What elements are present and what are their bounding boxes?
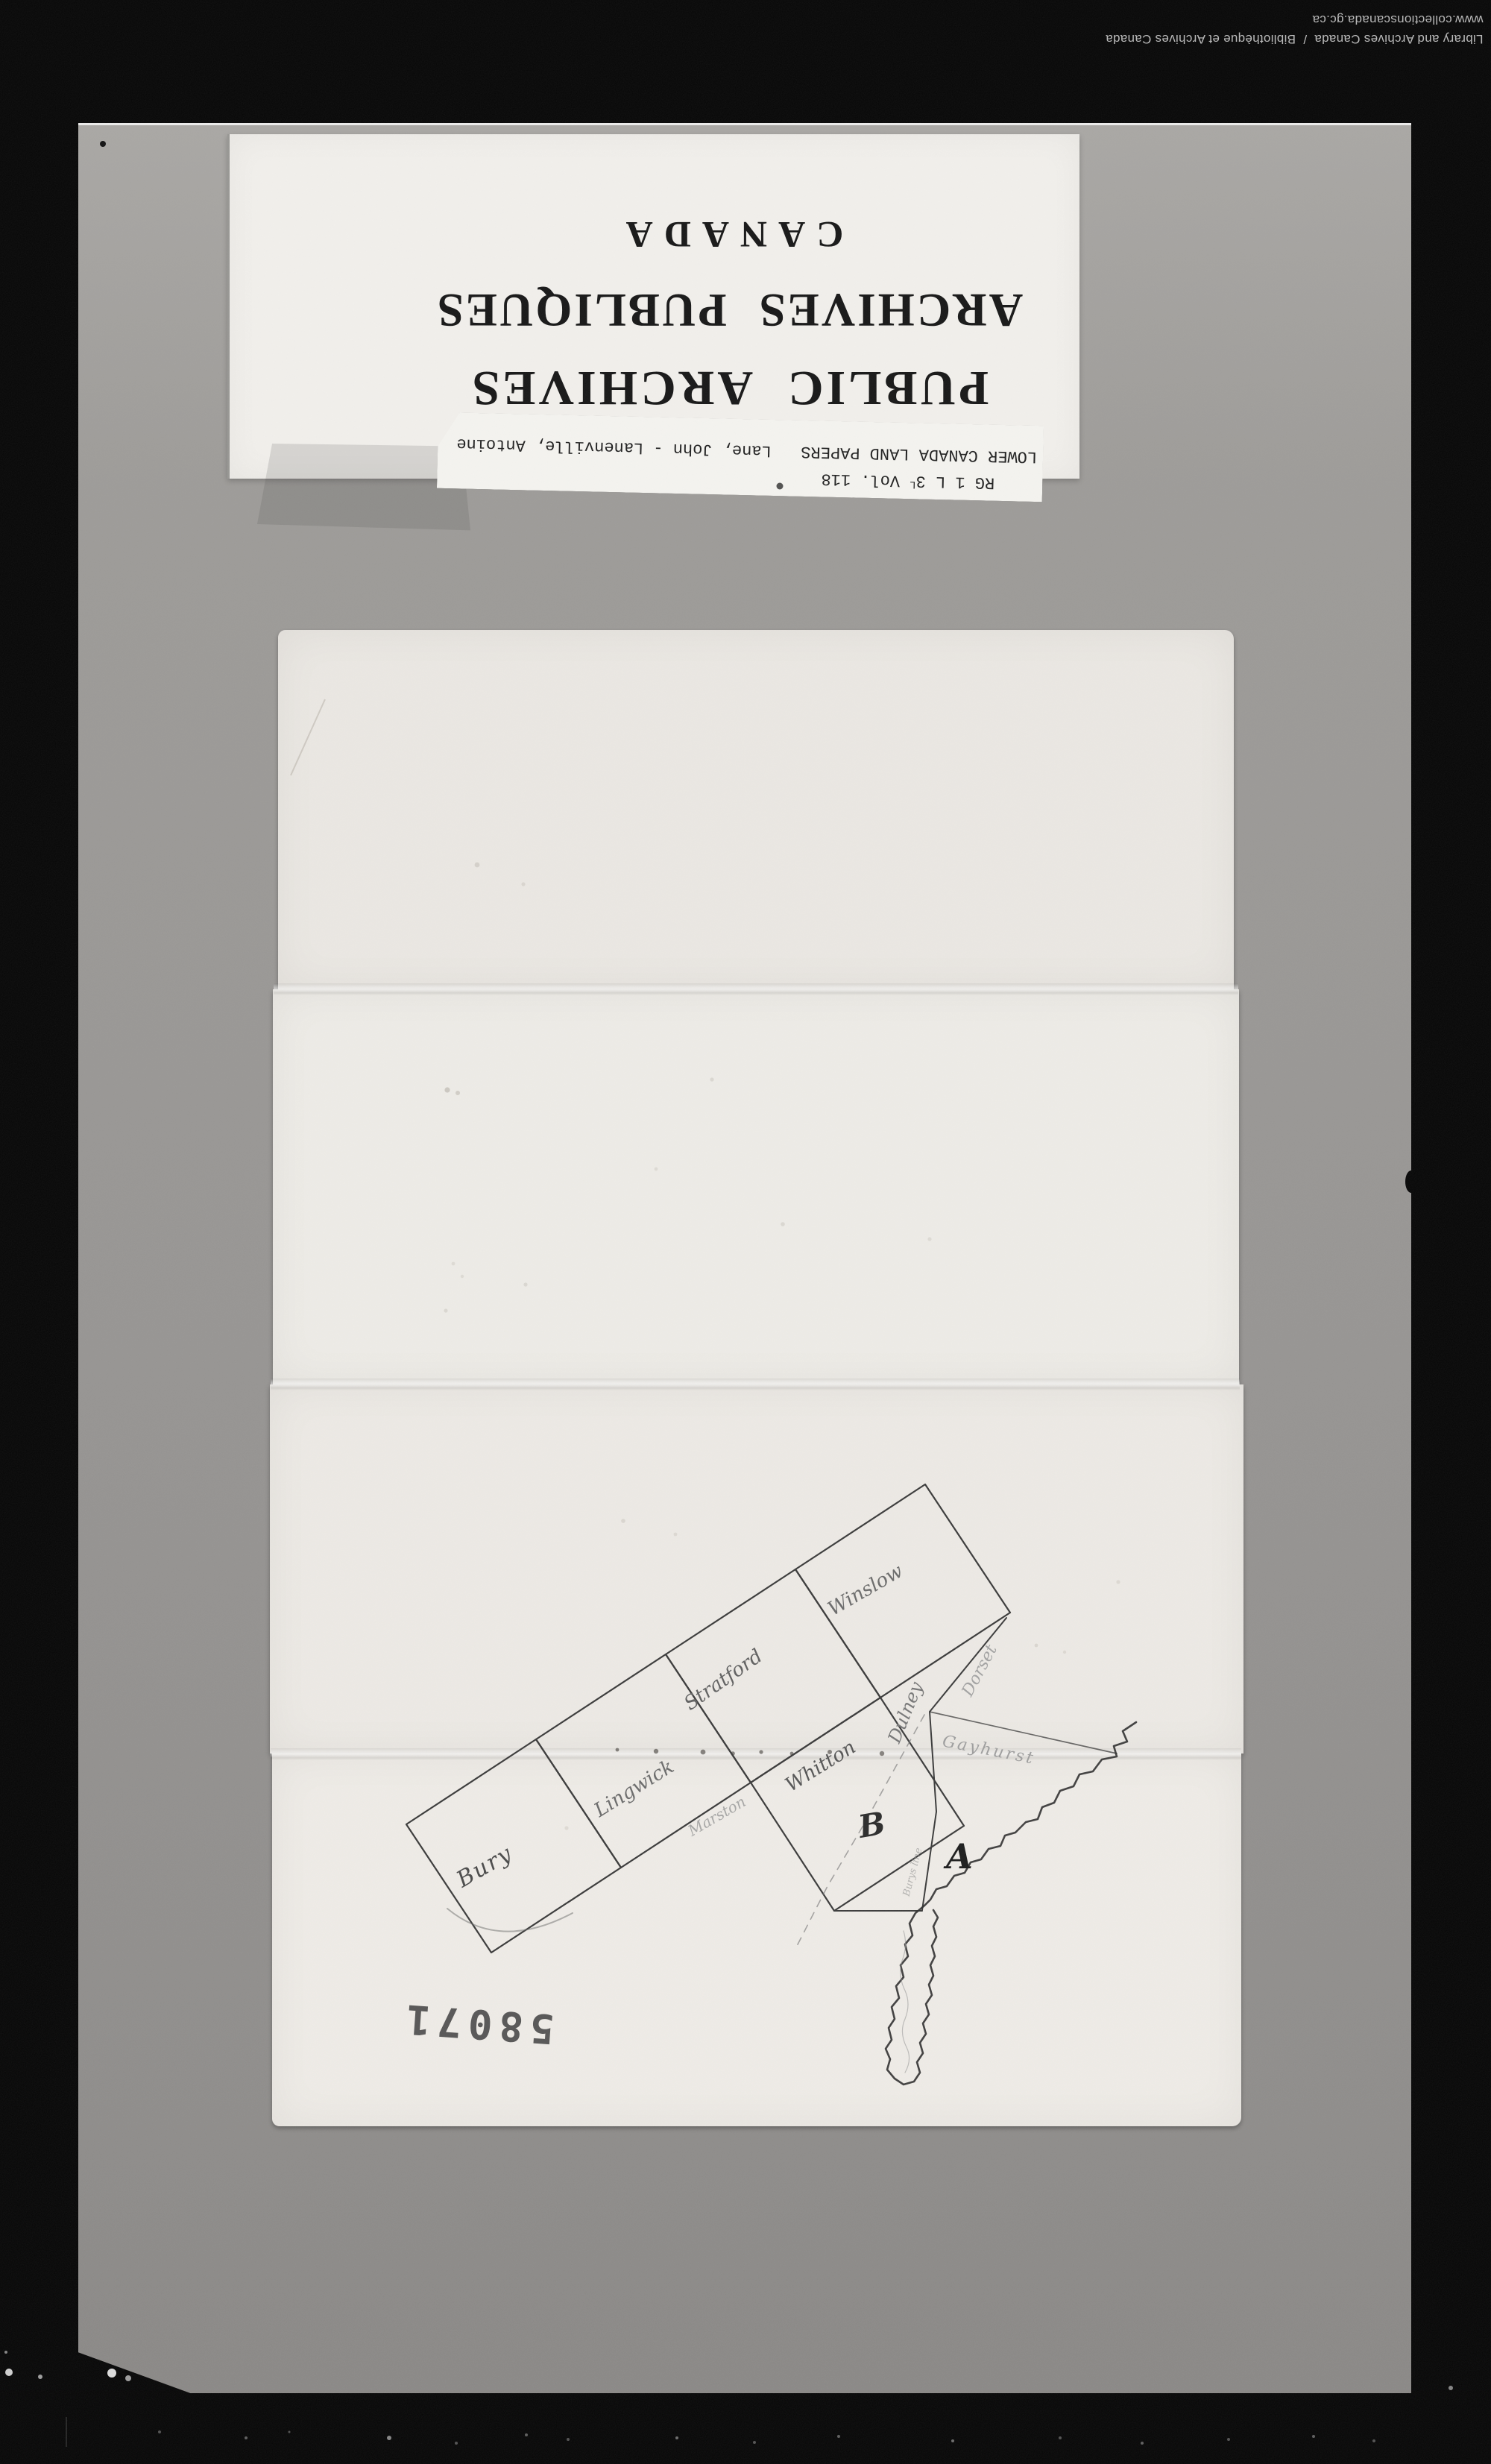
film-grain bbox=[78, 123, 1411, 2393]
ink-overlay: Bury Lingwick Stratford Winslow Marston … bbox=[0, 0, 1491, 2464]
microfilm-scan-page: Library and Archives Canada / Bibliothèq… bbox=[0, 0, 1491, 2464]
